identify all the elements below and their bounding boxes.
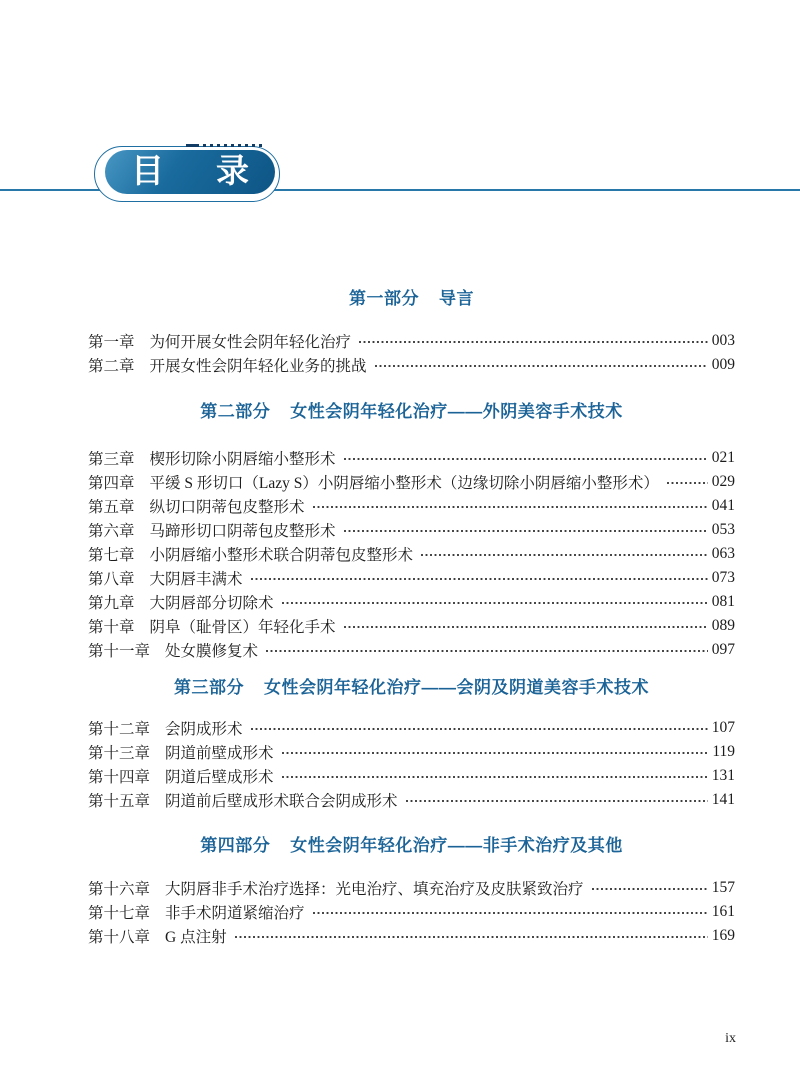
toc-entry: 第十章 阴阜（耻骨区）年轻化手术 089 xyxy=(88,614,735,638)
dot-leader xyxy=(343,624,708,630)
chapter-label: 第十三章 xyxy=(88,741,150,763)
dot-leader xyxy=(234,934,708,940)
part-heading: 第四部分女性会阴年轻化治疗——非手术治疗及其他 xyxy=(88,834,735,858)
dot-leader xyxy=(666,480,708,486)
chapter-title: 为何开展女性会阴年轻化治疗 xyxy=(150,330,352,352)
chapter-title: 马蹄形切口阴蒂包皮整形术 xyxy=(150,519,336,541)
part-title: 女性会阴年轻化治疗——会阴及阴道美容手术技术 xyxy=(264,678,649,697)
chapter-label: 第十七章 xyxy=(88,901,150,923)
chapter-page-number: 021 xyxy=(712,449,735,467)
chapter-label: 第十一章 xyxy=(88,639,150,661)
chapter-title: 平缓 S 形切口（Lazy S）小阴唇缩小整形术（边缘切除小阴唇缩小整形术） xyxy=(150,471,659,493)
chapter-title: 小阴唇缩小整形术联合阴蒂包皮整形术 xyxy=(150,543,414,565)
dot-leader xyxy=(250,576,708,582)
chapter-page-number: 063 xyxy=(712,545,735,563)
chapter-page-number: 131 xyxy=(712,767,735,785)
chapter-page-number: 097 xyxy=(712,641,735,659)
chapter-label: 第一章 xyxy=(88,330,135,352)
chapter-label: 第七章 xyxy=(88,543,135,565)
chapter-label: 第十章 xyxy=(88,615,135,637)
chapter-label: 第九章 xyxy=(88,591,135,613)
toc-entry: 第三章 楔形切除小阴唇缩小整形术 021 xyxy=(88,446,735,470)
toc-title-badge-fill: 目 录 xyxy=(105,150,275,194)
toc-entry: 第十三章 阴道前壁成形术 119 xyxy=(88,740,735,764)
chapter-title: 非手术阴道紧缩治疗 xyxy=(165,901,305,923)
folio-page-number: ix xyxy=(725,1031,736,1047)
toc-entry: 第九章 大阴唇部分切除术 081 xyxy=(88,590,735,614)
chapter-page-number: 081 xyxy=(712,593,735,611)
part-number: 第二部分 xyxy=(200,402,270,421)
dot-leader xyxy=(343,528,708,534)
toc-entry: 第一章 为何开展女性会阴年轻化治疗 003 xyxy=(88,329,735,353)
toc-entry: 第六章 马蹄形切口阴蒂包皮整形术 053 xyxy=(88,518,735,542)
chapter-page-number: 161 xyxy=(712,903,735,921)
chapter-page-number: 089 xyxy=(712,617,735,635)
chapter-title: 阴阜（耻骨区）年轻化手术 xyxy=(150,615,336,637)
part-heading: 第一部分导言 xyxy=(88,287,735,311)
dot-leader xyxy=(358,339,708,345)
chapter-title: 纵切口阴蒂包皮整形术 xyxy=(150,495,305,517)
chapter-page-number: 107 xyxy=(712,719,735,737)
dot-leader xyxy=(420,552,708,558)
toc-entry: 第十二章 会阴成形术 107 xyxy=(88,716,735,740)
dot-leader xyxy=(265,648,708,654)
toc-entry: 第十一章 处女膜修复术 097 xyxy=(88,638,735,662)
chapter-title: 阴道前后壁成形术联合会阴成形术 xyxy=(165,789,398,811)
chapter-page-number: 073 xyxy=(712,569,735,587)
part-title: 女性会阴年轻化治疗——外阴美容手术技术 xyxy=(290,402,623,421)
chapter-label: 第八章 xyxy=(88,567,135,589)
toc-entry: 第五章 纵切口阴蒂包皮整形术 041 xyxy=(88,494,735,518)
toc-entry: 第四章 平缓 S 形切口（Lazy S）小阴唇缩小整形术（边缘切除小阴唇缩小整形… xyxy=(88,470,735,494)
chapter-title: 大阴唇部分切除术 xyxy=(150,591,274,613)
chapter-label: 第六章 xyxy=(88,519,135,541)
dot-leader xyxy=(312,504,708,510)
dot-leader xyxy=(250,726,708,732)
chapter-title: 会阴成形术 xyxy=(165,717,243,739)
chapter-page-number: 041 xyxy=(712,497,735,515)
chapter-title: G 点注射 xyxy=(165,925,227,947)
part-title: 导言 xyxy=(439,289,474,308)
chapter-title: 开展女性会阴年轻化业务的挑战 xyxy=(150,354,367,376)
chapter-label: 第十八章 xyxy=(88,925,150,947)
toc-entry: 第十五章 阴道前后壁成形术联合会阴成形术 141 xyxy=(88,788,735,812)
dot-leader xyxy=(591,886,708,892)
toc-section-4: 第四部分女性会阴年轻化治疗——非手术治疗及其他 第十六章 大阴唇非手术治疗选择：… xyxy=(88,834,735,948)
chapter-label: 第五章 xyxy=(88,495,135,517)
chapter-page-number: 169 xyxy=(712,927,735,945)
part-number: 第三部分 xyxy=(174,678,244,697)
toc-entry: 第十八章 G 点注射 169 xyxy=(88,924,735,948)
dot-leader xyxy=(405,798,708,804)
dot-leader xyxy=(281,600,708,606)
dot-leader xyxy=(281,774,708,780)
chapter-page-number: 053 xyxy=(712,521,735,539)
page-title-char: 录 xyxy=(216,156,249,189)
dot-leader xyxy=(312,910,708,916)
chapter-page-number: 003 xyxy=(712,332,735,350)
chapter-label: 第四章 xyxy=(88,471,135,493)
chapter-label: 第三章 xyxy=(88,447,135,469)
chapter-page-number: 009 xyxy=(712,356,735,374)
toc-entry: 第十四章 阴道后壁成形术 131 xyxy=(88,764,735,788)
chapter-label: 第十二章 xyxy=(88,717,150,739)
chapter-page-number: 157 xyxy=(712,879,735,897)
chapter-title: 大阴唇非手术治疗选择：光电治疗、填充治疗及皮肤紧致治疗 xyxy=(165,877,584,899)
chapter-label: 第十五章 xyxy=(88,789,150,811)
chapter-label: 第十四章 xyxy=(88,765,150,787)
part-number: 第一部分 xyxy=(349,289,419,308)
toc-section-1: 第一部分导言 第一章 为何开展女性会阴年轻化治疗 003 第二章 开展女性会阴年… xyxy=(88,287,735,377)
dash-dots-decoration-icon xyxy=(186,144,262,147)
toc-entry: 第七章 小阴唇缩小整形术联合阴蒂包皮整形术 063 xyxy=(88,542,735,566)
chapter-title: 楔形切除小阴唇缩小整形术 xyxy=(150,447,336,469)
part-number: 第四部分 xyxy=(200,836,270,855)
part-heading: 第二部分女性会阴年轻化治疗——外阴美容手术技术 xyxy=(88,400,735,424)
dot-leader xyxy=(374,363,708,369)
chapter-label: 第十六章 xyxy=(88,877,150,899)
page-title-char: 目 xyxy=(131,156,164,189)
chapter-title: 阴道后壁成形术 xyxy=(165,765,274,787)
chapter-page-number: 119 xyxy=(712,743,735,761)
chapter-label: 第二章 xyxy=(88,354,135,376)
chapter-page-number: 029 xyxy=(712,473,735,491)
part-heading: 第三部分女性会阴年轻化治疗——会阴及阴道美容手术技术 xyxy=(88,676,735,700)
toc-entry: 第十七章 非手术阴道紧缩治疗 161 xyxy=(88,900,735,924)
chapter-title: 处女膜修复术 xyxy=(165,639,258,661)
chapter-page-number: 141 xyxy=(712,791,735,809)
part-title: 女性会阴年轻化治疗——非手术治疗及其他 xyxy=(290,836,623,855)
toc-entry: 第十六章 大阴唇非手术治疗选择：光电治疗、填充治疗及皮肤紧致治疗 157 xyxy=(88,876,735,900)
toc-section-3: 第三部分女性会阴年轻化治疗——会阴及阴道美容手术技术 第十二章 会阴成形术 10… xyxy=(88,676,735,812)
toc-title-badge: 目 录 xyxy=(94,146,280,202)
toc-entry: 第二章 开展女性会阴年轻化业务的挑战 009 xyxy=(88,353,735,377)
chapter-title: 大阴唇丰满术 xyxy=(150,567,243,589)
toc-entry: 第八章 大阴唇丰满术 073 xyxy=(88,566,735,590)
toc-section-2: 第二部分女性会阴年轻化治疗——外阴美容手术技术 第三章 楔形切除小阴唇缩小整形术… xyxy=(88,400,735,662)
dot-leader xyxy=(281,750,709,756)
dot-leader xyxy=(343,456,708,462)
chapter-title: 阴道前壁成形术 xyxy=(165,741,274,763)
toc-content: 第一部分导言 第一章 为何开展女性会阴年轻化治疗 003 第二章 开展女性会阴年… xyxy=(88,287,735,948)
